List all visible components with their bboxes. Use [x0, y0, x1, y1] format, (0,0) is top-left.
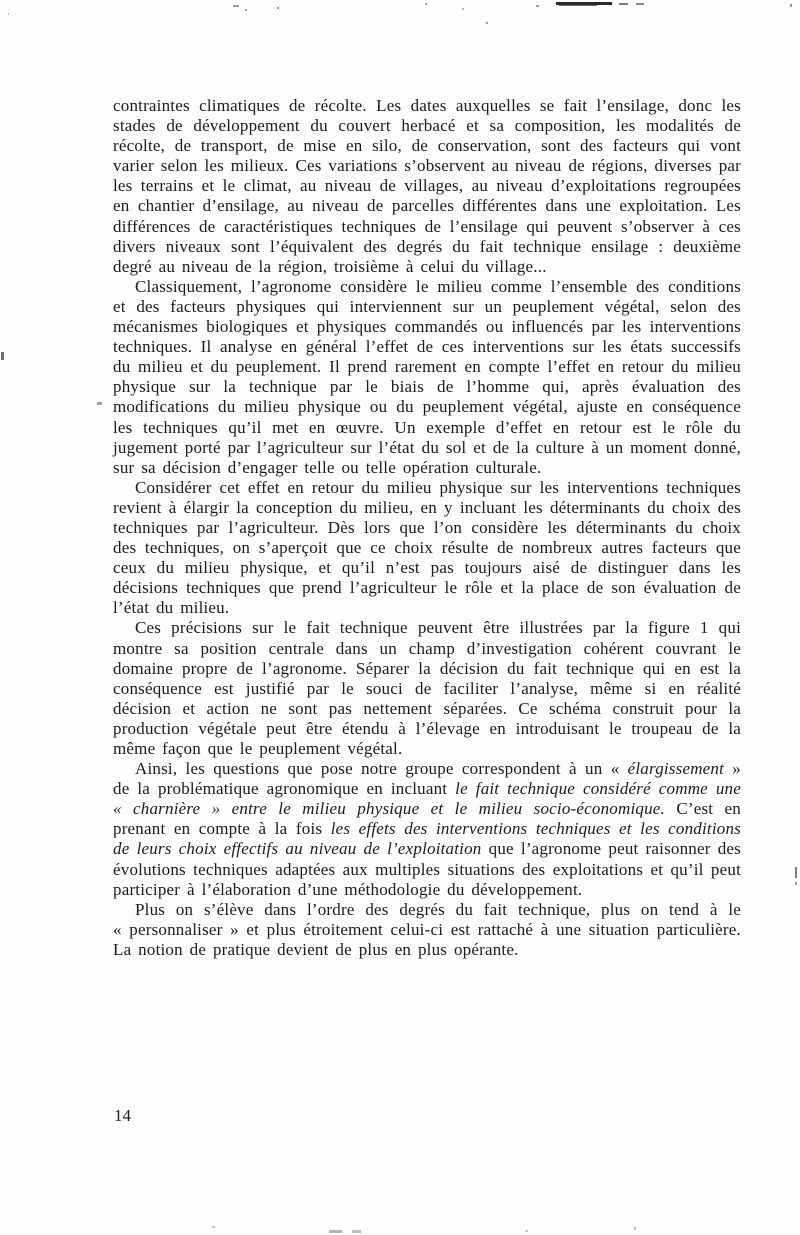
- scan-speck: [795, 882, 797, 885]
- scan-speck: [8, 13, 9, 15]
- scan-speck: [1, 352, 4, 360]
- scan-speck: [352, 1230, 361, 1233]
- scan-speck: [486, 22, 488, 24]
- scanned-book-page: contraintes climatiques de récolte. Les …: [0, 0, 800, 1235]
- scan-speck: [233, 5, 239, 7]
- paragraph: Plus on s’élève dans l’ordre des degrés …: [113, 900, 741, 960]
- paragraph: contraintes climatiques de récolte. Les …: [113, 96, 741, 277]
- page-number: 14: [114, 1106, 131, 1126]
- scan-speck: [329, 1230, 342, 1233]
- scan-speck: [636, 3, 644, 5]
- scan-speck: [795, 867, 797, 878]
- scan-speck: [634, 1227, 636, 1230]
- scan-speck: [790, 4, 792, 7]
- text-run: Ces précisions sur le fait technique peu…: [113, 618, 741, 758]
- paragraph: Considérer cet effet en retour du milieu…: [113, 478, 741, 619]
- paragraph: Classiquement, l’agronome considère le m…: [113, 277, 741, 478]
- scan-smudge: [556, 2, 612, 5]
- scan-speck: [425, 3, 427, 5]
- scan-speck: [97, 402, 102, 405]
- text-run: Plus on s’élève dans l’ordre des degrés …: [113, 900, 741, 959]
- text-run: Classiquement, l’agronome considère le m…: [113, 277, 741, 477]
- text-column: contraintes climatiques de récolte. Les …: [113, 96, 741, 960]
- scan-speck: [619, 3, 628, 5]
- text-run: Considérer cet effet en retour du milieu…: [113, 478, 741, 618]
- paragraph: Ces précisions sur le fait technique peu…: [113, 618, 741, 759]
- scan-smudge: [559, 5, 597, 6]
- scan-speck: [525, 1230, 528, 1232]
- scan-speck: [277, 7, 279, 9]
- paragraph: Ainsi, les questions que pose notre grou…: [113, 759, 741, 900]
- text-run: contraintes climatiques de récolte. Les …: [113, 96, 741, 276]
- italic-text-run: élargissement: [628, 759, 724, 778]
- scan-speck: [245, 9, 247, 11]
- scan-speck: [212, 1226, 215, 1228]
- scan-speck: [462, 8, 464, 10]
- scan-speck: [536, 5, 539, 7]
- text-run: Ainsi, les questions que pose notre grou…: [135, 759, 628, 778]
